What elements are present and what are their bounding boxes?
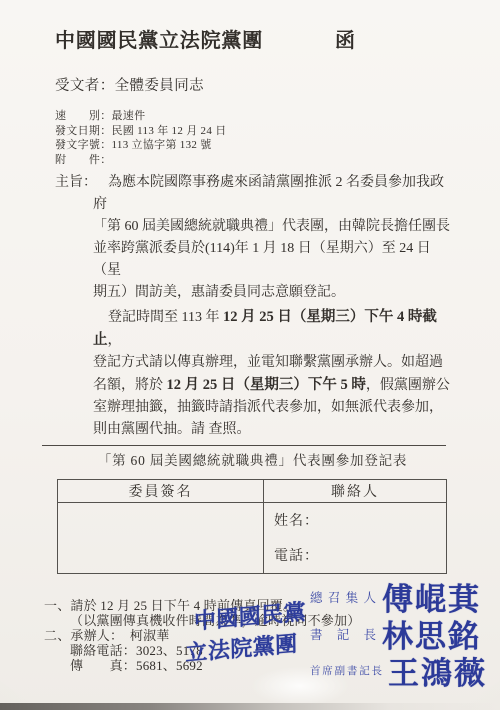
meta-date-value: 民國 113 年 12 月 24 日 bbox=[112, 125, 227, 137]
signer-row-deputy-secretary: 首席副書記長 王鴻薇 bbox=[310, 652, 487, 689]
signer-name-stamp: 王鴻薇 bbox=[388, 648, 487, 693]
meta-row-attachment: 附 件： bbox=[55, 153, 450, 168]
recipient-row: 受文者：全體委員同志 bbox=[55, 77, 450, 95]
body-line: 名額，將於 12 月 25 日（星期三）下午 5 時，假黨團辦公 bbox=[93, 374, 450, 397]
photo-bottom-edge-shadow bbox=[0, 703, 500, 710]
lottery-time-emphasis: 12 月 25 日（星期三）下午 5 時 bbox=[167, 377, 366, 393]
signer-row-convener: 總召集人 傅崐萁 bbox=[310, 578, 487, 615]
meta-number-value: 113 立協字第 132 號 bbox=[112, 139, 212, 151]
body-text: 登記時間至 113 年 bbox=[108, 310, 223, 325]
meta-row-number: 發文字號：113 立協字第 132 號 bbox=[55, 138, 450, 153]
contact-cell: 姓名： 電話： bbox=[264, 503, 446, 573]
signers-block: 總召集人 傅崐萁 書記長 林思銘 首席副書記長 王鴻薇 bbox=[310, 578, 487, 689]
body-line: 登記方式請以傳真辦理，並電知聯繫黨團承辦人。如超過 bbox=[93, 352, 450, 374]
meta-attachment-label: 附 件： bbox=[55, 154, 112, 166]
body-line: 則由黨團代抽。請 查照。 bbox=[93, 419, 450, 441]
letter-title-row: 中國國民黨立法院黨團 函 bbox=[55, 28, 450, 55]
scanned-letter-page: 中國國民黨立法院黨團 函 受文者：全體委員同志 速 別：最速件 發文日期：民國 … bbox=[0, 0, 500, 710]
caucus-stamp: 中國國民黨 立法院黨團 bbox=[194, 596, 307, 668]
subject-label: 主旨： bbox=[55, 172, 97, 194]
table-header-contact: 聯絡人 bbox=[264, 480, 446, 502]
subject-line: 期五）間訪美，惠請委員同志意願登記。 bbox=[93, 282, 450, 304]
subject-line: 「第 60 屆美國總統就職典禮」代表團，由韓院長擔任團長 bbox=[93, 216, 450, 238]
org-title: 中國國民黨立法院黨團 bbox=[55, 28, 263, 55]
table-body-row: 姓名： 電話： bbox=[58, 503, 446, 573]
signer-row-secretary-general: 書記長 林思銘 bbox=[310, 615, 487, 652]
meta-row-date: 發文日期：民國 113 年 12 月 24 日 bbox=[55, 124, 450, 139]
body-line: 登記時間至 113 年 12 月 25 日（星期三）下午 4 時截止， bbox=[93, 306, 450, 352]
body-text: 名額，將於 bbox=[93, 378, 167, 393]
contact-name-field: 姓名： bbox=[274, 513, 446, 531]
subject-line: 並率跨黨派委員於(114)年 1 月 18 日（星期六）至 24 日（星 bbox=[93, 238, 450, 282]
recipient-value: 全體委員同志 bbox=[115, 78, 204, 94]
doc-type-label: 函 bbox=[335, 28, 355, 55]
signature-cell-empty bbox=[58, 503, 264, 573]
table-header-signature: 委員簽名 bbox=[58, 480, 264, 502]
signer-role: 首席副書記長 bbox=[310, 663, 382, 678]
body-paragraph: 登記時間至 113 年 12 月 25 日（星期三）下午 4 時截止， 登記方式… bbox=[55, 306, 450, 441]
body-line: 室辦理抽籤，抽籤時請指派代表參加，如無派代表參加， bbox=[93, 397, 450, 419]
subject-line: 為應本院國際事務處來函請黨團推派 2 名委員參加我政府 bbox=[93, 172, 450, 216]
meta-number-label: 發文字號： bbox=[55, 139, 112, 151]
registration-form-title: 「第 60 屆美國總統就職典禮」代表團參加登記表 bbox=[55, 452, 450, 470]
meta-speed-value: 最速件 bbox=[112, 110, 146, 122]
recipient-label: 受文者： bbox=[55, 78, 115, 94]
meta-date-label: 發文日期： bbox=[55, 125, 112, 137]
body-text: ， bbox=[108, 333, 122, 348]
section-divider-line bbox=[42, 445, 446, 446]
body-text: ，假黨團辦公 bbox=[366, 378, 450, 393]
registration-table: 委員簽名 聯絡人 姓名： 電話： bbox=[57, 479, 447, 574]
signer-role: 總召集人 bbox=[310, 588, 376, 606]
meta-row-speed: 速 別：最速件 bbox=[55, 109, 450, 124]
contact-phone-field: 電話： bbox=[274, 548, 446, 566]
signer-role: 書記長 bbox=[310, 625, 376, 643]
subject-block: 主旨： 為應本院國際事務處來函請黨團推派 2 名委員參加我政府 「第 60 屆美… bbox=[55, 172, 450, 304]
meta-block: 速 別：最速件 發文日期：民國 113 年 12 月 24 日 發文字號：113… bbox=[55, 109, 450, 167]
table-header-row: 委員簽名 聯絡人 bbox=[58, 480, 446, 503]
meta-speed-label: 速 別： bbox=[55, 110, 112, 122]
